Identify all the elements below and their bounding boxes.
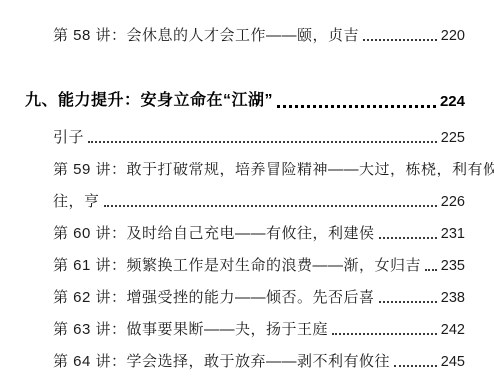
dot-leader — [104, 205, 437, 207]
toc-entry-page: 245 — [441, 355, 465, 370]
toc-entry-text: 第 63 讲：做事要果断——夬，扬于王庭 — [53, 322, 328, 337]
toc-entry-page: 235 — [441, 259, 465, 274]
dot-leader — [425, 269, 437, 271]
toc-entry-page: 225 — [441, 131, 465, 146]
toc-entry-page: 242 — [441, 323, 465, 338]
toc-entry: 第 58 讲：会休息的人才会工作——颐，贞吉 220 — [0, 20, 465, 46]
toc-entry-text: 第 62 讲：增强受挫的能力——倾否。先否后喜 — [53, 290, 375, 305]
dot-leader — [394, 365, 437, 367]
dot-leader — [277, 105, 436, 108]
toc-entry: 第 63 讲：做事要果断——夬，扬于王庭 242 — [0, 308, 465, 340]
toc-entry: 第 59 讲：敢于打破常规，培养冒险精神——大过，栋桡，利有攸 — [0, 148, 465, 180]
toc-entry-page: 226 — [441, 195, 465, 210]
toc-page: 第 58 讲：会休息的人才会工作——颐，贞吉 220 九、能力提升：安身立命在“… — [0, 0, 494, 388]
toc-entry: 第 62 讲：增强受挫的能力——倾否。先否后喜 238 — [0, 276, 465, 308]
toc-entry-text: 第 64 讲：学会选择，敢于放弃——剥不利有攸往 — [53, 354, 390, 369]
dot-leader — [379, 301, 437, 303]
dot-leader — [363, 39, 437, 41]
toc-entry-page: 238 — [441, 291, 465, 306]
toc-section-heading: 九、能力提升：安身立命在“江湖” 224 — [0, 86, 465, 112]
dot-leader — [332, 333, 437, 335]
toc-entry: 第 61 讲：频繁换工作是对生命的浪费——渐，女归吉 235 — [0, 244, 465, 276]
toc-entry: 第 60 讲：及时给自己充电——有攸往，利建侯 231 — [0, 212, 465, 244]
toc-entry-text: 第 59 讲：敢于打破常规，培养冒险精神——大过，栋桡，利有攸 — [53, 162, 494, 177]
toc-entry-page: 231 — [441, 227, 465, 242]
toc-entry-text: 第 58 讲：会休息的人才会工作——颐，贞吉 — [53, 28, 359, 43]
toc-section-title: 九、能力提升：安身立命在“江湖” — [25, 93, 273, 109]
toc-entry-page: 220 — [441, 29, 465, 44]
toc-entry: 第 64 讲：学会选择，敢于放弃——剥不利有攸往 245 — [0, 340, 465, 372]
toc-entry-text: 第 60 讲：及时给自己充电——有攸往，利建侯 — [53, 226, 375, 241]
toc-entry-text: 往，亨 — [53, 194, 100, 209]
dot-leader — [88, 141, 437, 143]
toc-section-page: 224 — [440, 94, 465, 109]
dot-leader — [379, 237, 437, 239]
toc-entry-text: 引子 — [53, 130, 84, 145]
toc-entry: 往，亨 226 — [0, 180, 465, 212]
toc-entry-text: 第 61 讲：频繁换工作是对生命的浪费——渐，女归吉 — [53, 258, 421, 273]
toc-entry: 引子 225 — [0, 116, 465, 148]
